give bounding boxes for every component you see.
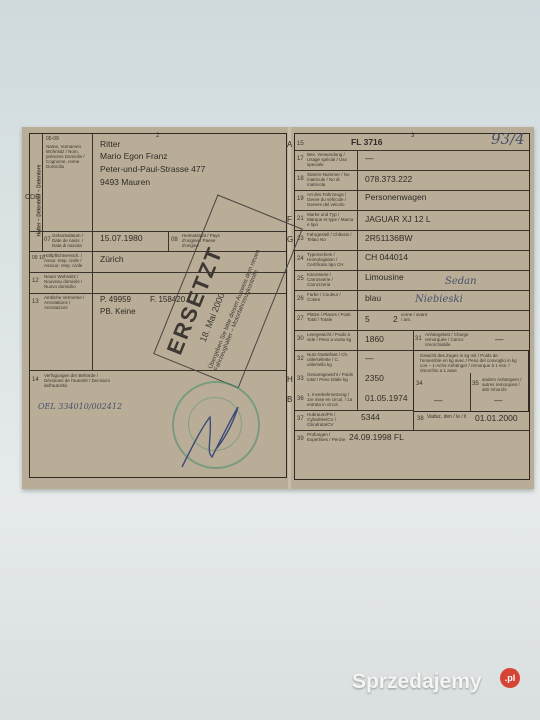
inspection-date: 24.09.1998 FL bbox=[349, 432, 404, 442]
right-page: 3 A 15 FL 3716 93/4 17 Bes. Verwendung /… bbox=[294, 133, 530, 480]
watermark-logo: Sprzedajemy bbox=[352, 670, 482, 694]
watermark-badge: .pl bbox=[500, 668, 520, 688]
handwritten-reference: OEL 334010/002412 bbox=[38, 402, 122, 411]
signature-icon bbox=[172, 397, 252, 477]
train-weight-box: Gewicht des Zuges in kg mit / Poids de l… bbox=[413, 350, 529, 412]
registration-document: 2 CDE Halter – Détenteur – Detentore 05-… bbox=[22, 127, 534, 489]
